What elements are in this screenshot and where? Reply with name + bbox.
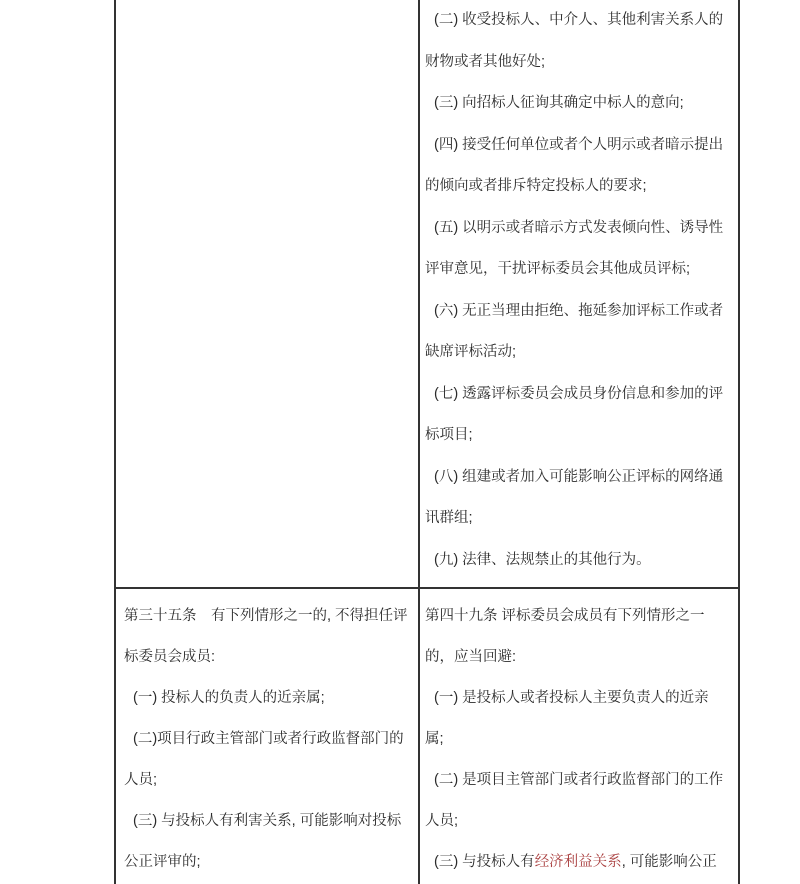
text-line: (三) 与投标人有利害关系, 可能影响对投标: [124, 801, 410, 842]
text-line: 第三十五条 有下列情形之一的, 不得担任评: [124, 596, 410, 637]
text-line: (二) 收受投标人、中介人、其他利害关系人的: [425, 0, 733, 42]
text-line: (一) 投标人的负责人的近亲属;: [124, 678, 410, 719]
text-line: 公正评审的;: [124, 842, 410, 883]
text-line: 财物或者其他好处;: [425, 42, 733, 84]
text-line: (五) 以明示或者暗示方式发表倾向性、诱导性: [425, 208, 733, 250]
text-line: 的倾向或者排斥特定投标人的要求;: [425, 166, 733, 208]
text-line: 第四十九条 评标委员会成员有下列情形之一: [425, 596, 733, 637]
cell-article-49: 第四十九条 评标委员会成员有下列情形之一的，应当回避:(一) 是投标人或者投标人…: [418, 589, 740, 884]
text-line: (七) 透露评标委员会成员身份信息和参加的评: [425, 374, 733, 416]
text-line: (三) 向招标人征询其确定中标人的意向;: [425, 83, 733, 125]
text-line: (九) 法律、法规禁止的其他行为。: [425, 540, 733, 582]
cell-prohibited-conduct-items: (二) 收受投标人、中介人、其他利害关系人的财物或者其他好处;(三) 向招标人征…: [418, 0, 740, 587]
text-line: (一) 是投标人或者投标人主要负责人的近亲: [425, 678, 733, 719]
text-line: (六) 无正当理由拒绝、拖延参加评标工作或者: [425, 291, 733, 333]
text-line: (三) 与投标人有经济利益关系, 可能影响公正: [425, 842, 733, 883]
text-line: 的，应当回避:: [425, 637, 733, 678]
text-line: 评审意见，干扰评标委员会其他成员评标;: [425, 249, 733, 291]
text-line: 讯群组;: [425, 498, 733, 540]
text-line: 标项目;: [425, 415, 733, 457]
text-line: (二) 是项目主管部门或者行政监督部门的工作: [425, 760, 733, 801]
text-line: 标委员会成员:: [124, 637, 410, 678]
text-line: 缺席评标活动;: [425, 332, 733, 374]
highlighted-text: 经济利益关系: [535, 854, 622, 870]
text-segment: , 可能影响公正: [622, 854, 717, 870]
text-line: (四) 接受任何单位或者个人明示或者暗示提出: [425, 125, 733, 167]
text-line: 人员;: [124, 760, 410, 801]
cell-left-empty: [114, 0, 418, 587]
table-row-prohibited-conduct: (二) 收受投标人、中介人、其他利害关系人的财物或者其他好处;(三) 向招标人征…: [114, 0, 740, 589]
text-segment: (三) 与投标人有: [434, 854, 535, 870]
text-line: 人员;: [425, 801, 733, 842]
text-line: (二)项目行政主管部门或者行政监督部门的: [124, 719, 410, 760]
document-page: (二) 收受投标人、中介人、其他利害关系人的财物或者其他好处;(三) 向招标人征…: [0, 0, 800, 884]
regulation-comparison-table: (二) 收受投标人、中介人、其他利害关系人的财物或者其他好处;(三) 向招标人征…: [114, 0, 740, 884]
cell-article-35: 第三十五条 有下列情形之一的, 不得担任评标委员会成员:(一) 投标人的负责人的…: [114, 589, 418, 884]
text-line: (八) 组建或者加入可能影响公正评标的网络通: [425, 457, 733, 499]
table-row-member-restrictions: 第三十五条 有下列情形之一的, 不得担任评标委员会成员:(一) 投标人的负责人的…: [114, 589, 740, 884]
text-line: 属;: [425, 719, 733, 760]
